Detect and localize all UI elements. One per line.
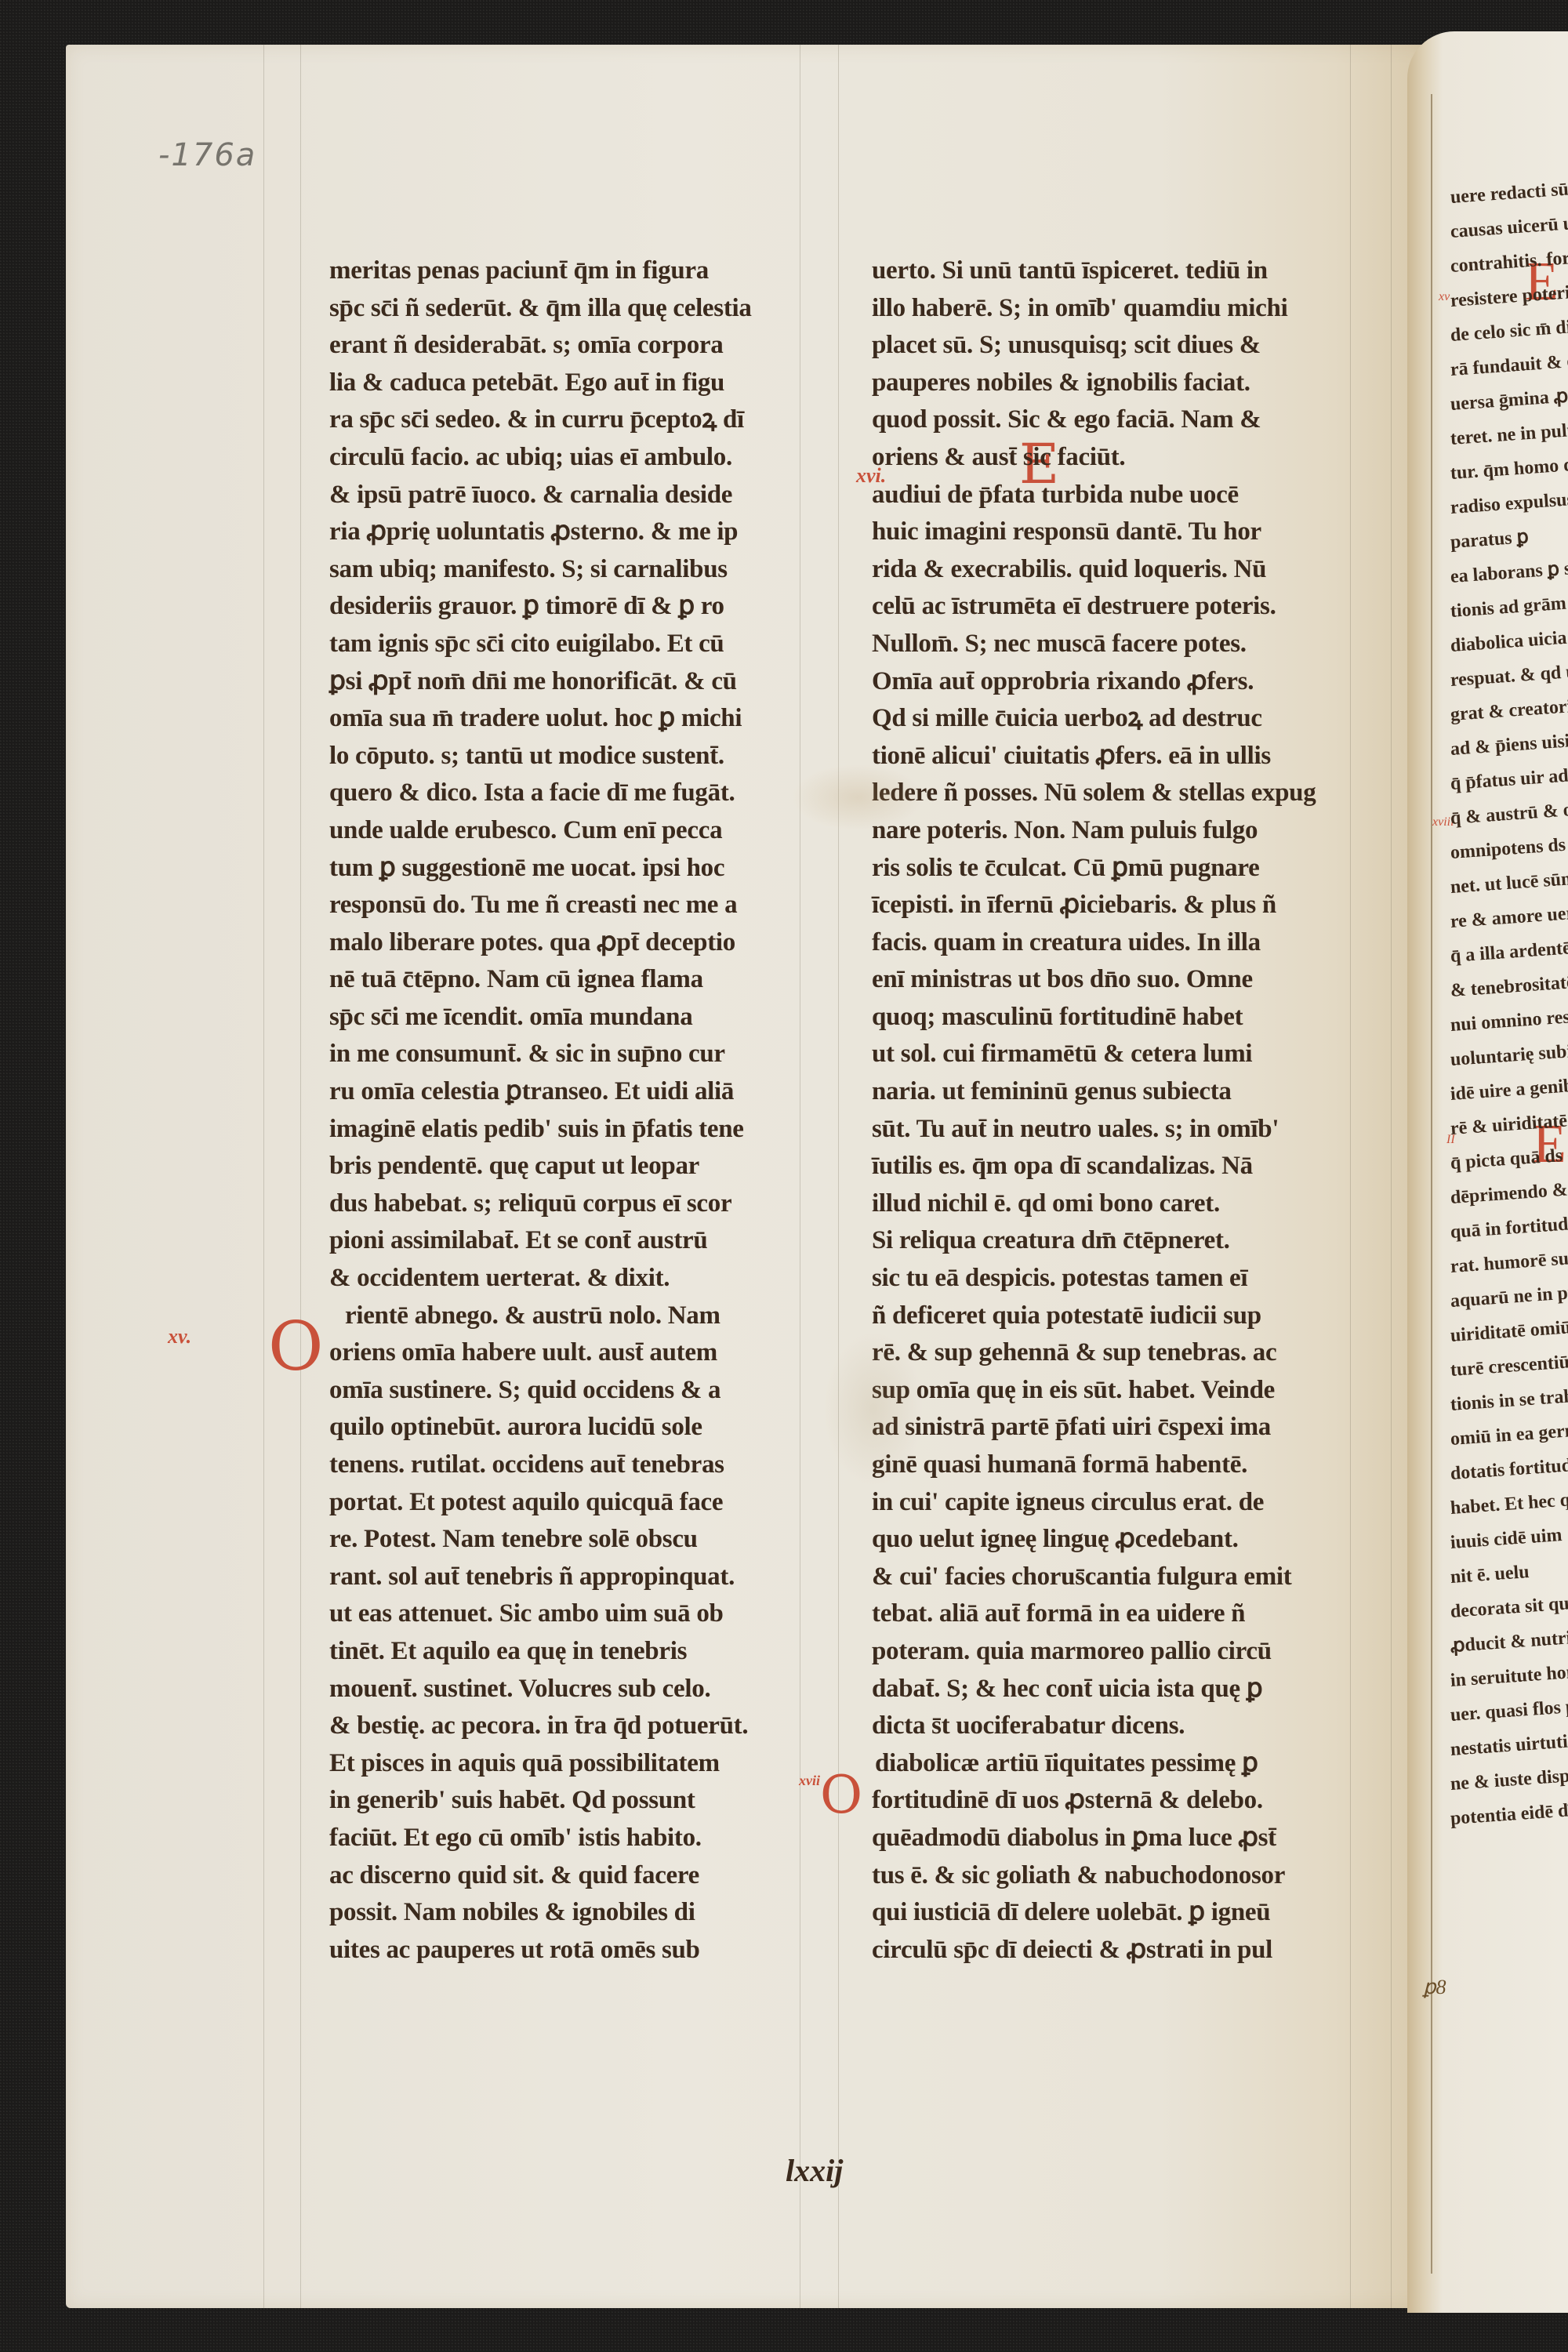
text-line: rē. & sup gehennā & sup tenebras. ac [872,1334,1374,1372]
ruling-line [300,45,301,2308]
gutter-fold [1431,94,1432,2274]
text-line: sam ubiq; manifesto. S; si carnalibus [329,551,831,589]
text-line: uites ac pauperes ut rotā omēs sub [329,1932,831,1969]
text-line: ra sp̄c sc̄i sedeo. & in curru p̄ceptoꝝ … [329,401,831,439]
text-line: enī ministras ut bos dn̄o suo. Omne [872,961,1374,999]
text-line: omīa sua m̄ tradere uolut. hoc ꝑ michi [329,700,831,738]
text-line: nare poteris. Non. Nam puluis fulgo [872,812,1374,850]
text-line: ut eas attenuet. Sic ambo uim suā ob [329,1595,831,1633]
text-line: circulū facio. ac ubiq; uias eī ambulo. [329,439,831,477]
text-line: celū ac īstrumēta eī destruere poteris. [872,588,1374,626]
text-line: possit. Nam nobiles & ignobiles di [329,1894,831,1932]
text-line: pauperes nobiles & ignobilis faciat. [872,365,1374,402]
text-line: ad sinistrā partē p̄fati uiri c̄spexi im… [872,1409,1374,1446]
text-line: dabat̄. S; & hec cont̄ uicia ista quę ꝑ [872,1671,1374,1708]
ruling-line [838,45,839,2308]
text-line: huic imagini responsū dantē. Tu hor [872,514,1374,551]
text-line: tenens. rutilat. occidens aut̄ tenebras [329,1446,831,1484]
text-line: placet sū. S; unusquisq; scit diues & [872,327,1374,365]
text-line: ꝑsi ꝓpt̄ nom̄ dn̄i me honorificāt. & cū [329,663,831,701]
text-line: ginē quasi humanā formā habentē. [872,1446,1374,1484]
ruling-line [263,45,264,2308]
text-line: quoq; masculinū fortitudinē habet [872,999,1374,1036]
text-line: sup omīa quę in eis sūt. habet. Veinde [872,1372,1374,1410]
text-line: fortitudinē dī uos ꝓsternā & delebo. [872,1782,1374,1820]
text-line: sp̄c sc̄i ñ sederūt. & q̄m illa quę cele… [329,290,831,328]
text-line: ac discerno quid sit. & quid facere [329,1857,831,1895]
text-line: rant. sol aut̄ tenebris ñ appropinquat. [329,1559,831,1596]
text-line: Omīa aut̄ opprobria rixando ꝓfers. [872,663,1374,701]
text-line: poteram. quia marmoreo pallio circū [872,1633,1374,1671]
text-line: & bestię. ac pecora. in t̄ra q̄d potuerū… [329,1708,831,1745]
text-line: meritas penas paciunt̄ q̄m in figura [329,252,831,290]
text-line: ria ꝓprię uoluntatis ꝓsterno. & me ip [329,514,831,551]
text-line: ut sol. cui firmamētū & cetera lumi [872,1036,1374,1073]
text-line: tam ignis sp̄c sc̄i cito euigilabo. Et c… [329,626,831,663]
text-line: ledere ñ posses. Nū solem & stellas expu… [872,775,1374,812]
text-line: nē tuā c̄tēpno. Nam cū ignea flama [329,961,831,999]
quire-signature: lxxij [786,2152,843,2189]
margin-numeral-xv: xv. [168,1325,191,1348]
facing-signature: ꝑ8 [1423,1976,1446,1999]
text-line: erant ñ desiderabāt. s; omīa corpora [329,327,831,365]
rubricated-initial-o: O [268,1313,324,1381]
ruling-line [1391,45,1392,2308]
facing-text-column: uere redacti sūt. Nam causas uicerū uiro… [1450,180,1568,1836]
text-line: ru omīa celestia ꝑtranseo. Et uidi aliā [329,1073,831,1111]
text-line: lia & caduca petebāt. Ego aut̄ in figu [329,365,831,402]
text-line: facis. quam in creatura uides. In illa [872,924,1374,962]
text-line: unde ualde erubesco. Cum enī pecca [329,812,831,850]
text-line: uerto. Si unū tantū īspiceret. tediū in [872,252,1374,290]
text-line: īcepisti. in īfernū ꝓiciebaris. & plus ñ [872,887,1374,924]
text-line: faciūt. Et ego cū omīb' istis habito. [329,1820,831,1857]
text-column-left: meritas penas paciunt̄ q̄m in figura sp̄… [329,252,831,1969]
text-line: mouent̄. sustinet. Volucres sub celo. [329,1671,831,1708]
text-line: sūt. Tu aut̄ in neutro uales. s; in omīb… [872,1111,1374,1149]
text-line: desideriis grauor. ꝑ timorē dī & ꝑ ro [329,588,831,626]
text-column-right: uerto. Si unū tantū īspiceret. tediū in … [872,252,1374,1969]
text-line: sic tu eā despicis. potestas tamen eī [872,1260,1374,1298]
text-line: Et pisces in aquis quā possibilitatem [329,1745,831,1783]
text-line: ris solis te c̄culcat. Cū ꝑmū pugnare [872,850,1374,887]
text-line: lo cōputo. s; tantū ut modice sustent̄. [329,738,831,775]
text-line: diabolicæ artiū īiquitates pessimę ꝑ [872,1745,1374,1783]
manuscript-page-verso: -176a xvi. xv. xvii O E O meritas penas … [66,45,1430,2308]
text-line: īutilis es. q̄m opa dī scandalizas. Nā [872,1148,1374,1185]
text-line: Qd si mille c̄uicia uerboꝝ ad destruc [872,700,1374,738]
text-line: in me consumunt̄. & sic in sup̄no cur [329,1036,831,1073]
text-line: tinēt. Et aquilo ea quę in tenebris [329,1633,831,1671]
text-line: imaginē elatis pedib' suis in p̄fatis te… [329,1111,831,1149]
text-line: re. Potest. Nam tenebre solē obscu [329,1521,831,1559]
text-line: tum ꝑ suggestionē me uocat. ipsi hoc [329,850,831,887]
text-line: in generib' suis habēt. Qd possunt [329,1782,831,1820]
text-line: pioni assimilabat̄. Et se cont̄ austrū [329,1222,831,1260]
text-line: malo liberare potes. qua ꝓpt̄ deceptio [329,924,831,962]
margin-mark: xv [1439,290,1450,304]
text-line: tus ē. & sic goliath & nabuchodonosor [872,1857,1374,1895]
text-line: & ipsū patrē īuoco. & carnalia deside [329,477,831,514]
text-line: quero & dico. Ista a facie dī me fugāt. [329,775,831,812]
text-line: portat. Et potest aquilo quicquā face [329,1484,831,1522]
text-line: omīa sustinere. S; quid occidens & a [329,1372,831,1410]
text-line: & cui' facies chorus̄cantia fulgura emit [872,1559,1374,1596]
text-line: responsū do. Tu me ñ creasti nec me a [329,887,831,924]
text-line: Si reliqua creatura dm̄ c̄tēpneret. [872,1222,1374,1260]
text-line: & occidentem uerterat. & dixit. [329,1260,831,1298]
text-line: rida & execrabilis. quid loqueris. Nū [872,551,1374,589]
folio-number: -176a [158,137,256,173]
text-line: sp̄c sc̄i me īcendit. omīa mundana [329,999,831,1036]
text-line: quilo optinebūt. aurora lucidū sole [329,1409,831,1446]
text-line: audiui de p̄fata turbida nube uocē [872,477,1374,514]
text-line: naria. ut femininū genus subiecta [872,1073,1374,1111]
text-line: Nullom̄. S; nec muscā facere potes. [872,626,1374,663]
manuscript-page-recto-partial: E E xv xviii II uere redacti sūt. Nam ca… [1407,31,1568,2313]
text-line: tebat. aliā aut̄ formā in ea uidere ñ [872,1595,1374,1633]
text-line: in cui' capite igneus circulus erat. de [872,1484,1374,1522]
text-line: quod possit. Sic & ego faciā. Nam & [872,401,1374,439]
text-line: circulū sp̄c dī deiecti & ꝓstrati in pul [872,1932,1374,1969]
text-line: tionē alicui' ciuitatis ꝓfers. eā in ull… [872,738,1374,775]
text-line: illud nichil ē. qd omi bono caret. [872,1185,1374,1223]
text-line: dus habebat. s; reliquū corpus eī scor [329,1185,831,1223]
text-line: oriens & aust̄ sic faciūt. [872,439,1374,477]
text-line: bris pendentē. quę caput ut leopar [329,1148,831,1185]
text-line: quo uelut igneę linguę ꝓcedebant. [872,1521,1374,1559]
text-line: qui iusticiā dī delere uolebāt. ꝑ igneū [872,1894,1374,1932]
text-line: oriens omīa habere uult. aust̄ autem [329,1334,831,1372]
text-line: dicta s̄t uociferabatur dicens. [872,1708,1374,1745]
text-line: ñ deficeret quia potestatē iudicii sup [872,1298,1374,1335]
text-line: rientē abnego. & austrū nolo. Nam [329,1298,831,1335]
text-line: illo haberē. S; in omīb' quamdiu michi [872,290,1374,328]
text-line: quēadmodū diabolus in ꝑma luce ꝓst̄ [872,1820,1374,1857]
